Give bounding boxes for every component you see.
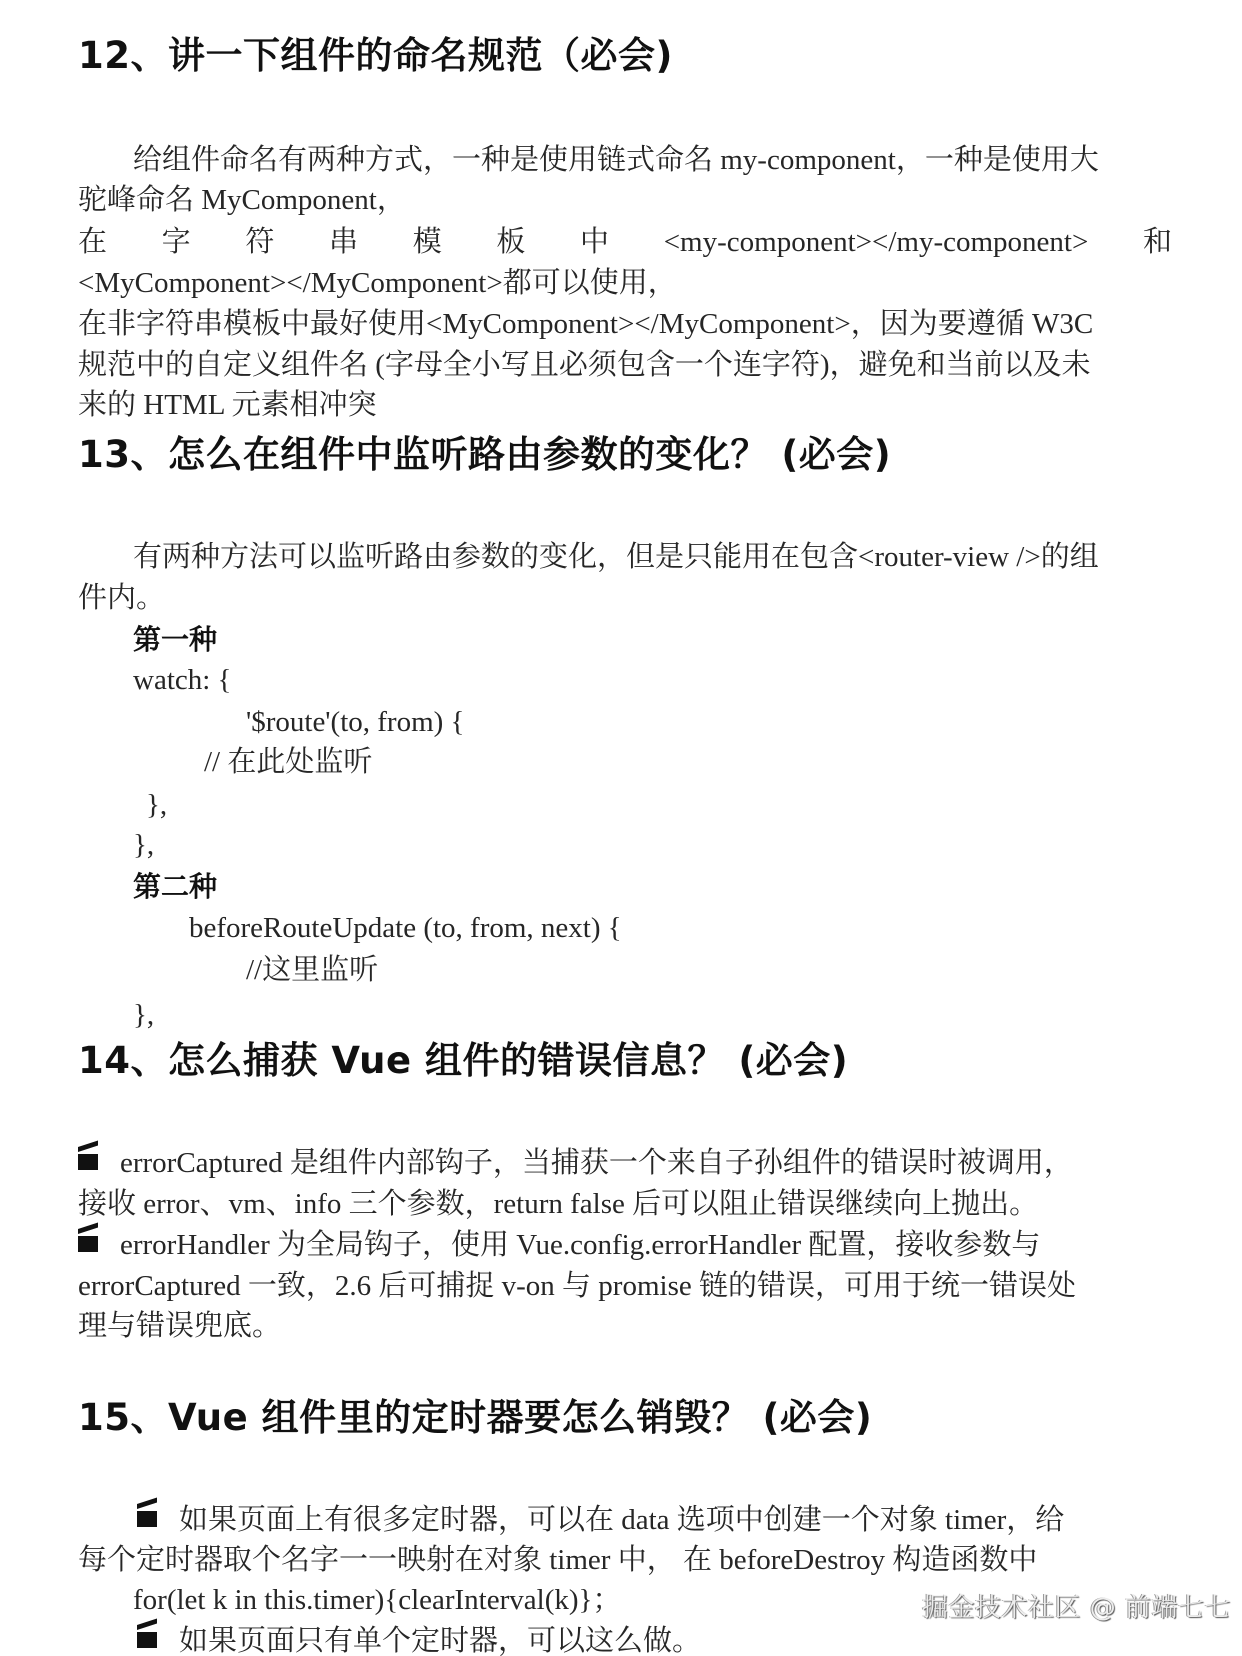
code-line: beforeRouteUpdate (to, from, next) { bbox=[189, 908, 622, 948]
code-line: watch: { bbox=[133, 660, 231, 700]
bullet-text: 如果页面上有很多定时器，可以在 data 选项中创建一个对象 timer，给 bbox=[179, 1504, 1064, 1536]
bullet-text: errorCaptured 是组件内部钩子，当捕获一个来自子孙组件的错误时被调用… bbox=[120, 1147, 1073, 1179]
section-15-heading: 15、Vue 组件里的定时器要怎么销毁？ (必会) bbox=[78, 1393, 872, 1443]
code-line: for(let k in this.timer){clearInterval(k… bbox=[133, 1580, 621, 1620]
bullet-line: 如果页面上有很多定时器，可以在 data 选项中创建一个对象 timer，给 bbox=[137, 1500, 1064, 1540]
paragraph-line: 给组件命名有两种方式，一种是使用链式命名 my-component，一种是使用大 bbox=[133, 140, 1099, 180]
word: 模 bbox=[413, 222, 442, 262]
clapperboard-icon bbox=[78, 1154, 98, 1170]
bullet-line: 如果页面只有单个定时器，可以这么做。 bbox=[137, 1621, 701, 1656]
code-line: }, bbox=[146, 785, 167, 825]
paragraph-line-justified: 在 字 符 串 模 板 中 <my-component></my-compone… bbox=[78, 222, 1172, 262]
word: 板 bbox=[496, 222, 525, 262]
method-1-label: 第一种 bbox=[133, 620, 217, 660]
paragraph-line: <MyComponent></MyComponent>都可以使用， bbox=[78, 263, 677, 303]
section-12-heading: 12、讲一下组件的命名规范（必会) bbox=[78, 31, 673, 81]
code-line: '$route'(to, from) { bbox=[246, 702, 464, 742]
word: 在 bbox=[78, 222, 107, 262]
clapperboard-icon bbox=[137, 1511, 157, 1527]
word: 中 bbox=[580, 222, 609, 262]
bullet-text: 如果页面只有单个定时器，可以这么做。 bbox=[179, 1625, 701, 1656]
paragraph-line: 驼峰命名 MyComponent， bbox=[78, 180, 406, 220]
word: 符 bbox=[245, 222, 274, 262]
paragraph-line: 来的 HTML 元素相冲突 bbox=[78, 385, 377, 425]
paragraph-line: 理与错误兜底。 bbox=[78, 1306, 281, 1346]
watermark: 掘金技术社区 @ 前端七七 bbox=[922, 1587, 1231, 1624]
code-line: }, bbox=[133, 825, 154, 865]
paragraph-line: 每个定时器取个名字一一映射在对象 timer 中， 在 beforeDestro… bbox=[78, 1540, 1037, 1580]
word: 串 bbox=[329, 222, 358, 262]
bullet-line: errorCaptured 是组件内部钩子，当捕获一个来自子孙组件的错误时被调用… bbox=[78, 1143, 1073, 1183]
paragraph-line: 接收 error、vm、info 三个参数，return false 后可以阻止… bbox=[78, 1184, 1038, 1224]
section-14-heading: 14、怎么捕获 Vue 组件的错误信息？ (必会) bbox=[78, 1036, 848, 1086]
section-13-heading: 13、怎么在组件中监听路由参数的变化？ (必会) bbox=[78, 430, 891, 480]
paragraph-line: 在非字符串模板中最好使用<MyComponent></MyComponent>，… bbox=[78, 304, 1093, 344]
code-line: }, bbox=[133, 995, 154, 1035]
paragraph-line: errorCaptured 一致，2.6 后可捕捉 v-on 与 promise… bbox=[78, 1266, 1076, 1306]
method-2-label: 第二种 bbox=[133, 867, 217, 907]
code-line: // 在此处监听 bbox=[204, 742, 372, 782]
clapperboard-icon bbox=[78, 1236, 98, 1252]
paragraph-line: 规范中的自定义组件名 (字母全小写且必须包含一个连字符)，避免和当前以及未 bbox=[78, 345, 1091, 385]
word: <my-component></my-component> bbox=[664, 222, 1089, 262]
bullet-text: errorHandler 为全局钩子，使用 Vue.config.errorHa… bbox=[120, 1229, 1040, 1261]
paragraph-line: 件内。 bbox=[78, 578, 165, 618]
bullet-line: errorHandler 为全局钩子，使用 Vue.config.errorHa… bbox=[78, 1225, 1040, 1265]
word: 字 bbox=[162, 222, 191, 262]
code-line: //这里监听 bbox=[246, 950, 378, 990]
word: 和 bbox=[1143, 222, 1172, 262]
paragraph-line: 有两种方法可以监听路由参数的变化，但是只能用在包含<router-view />… bbox=[133, 537, 1099, 577]
clapperboard-icon bbox=[137, 1632, 157, 1648]
